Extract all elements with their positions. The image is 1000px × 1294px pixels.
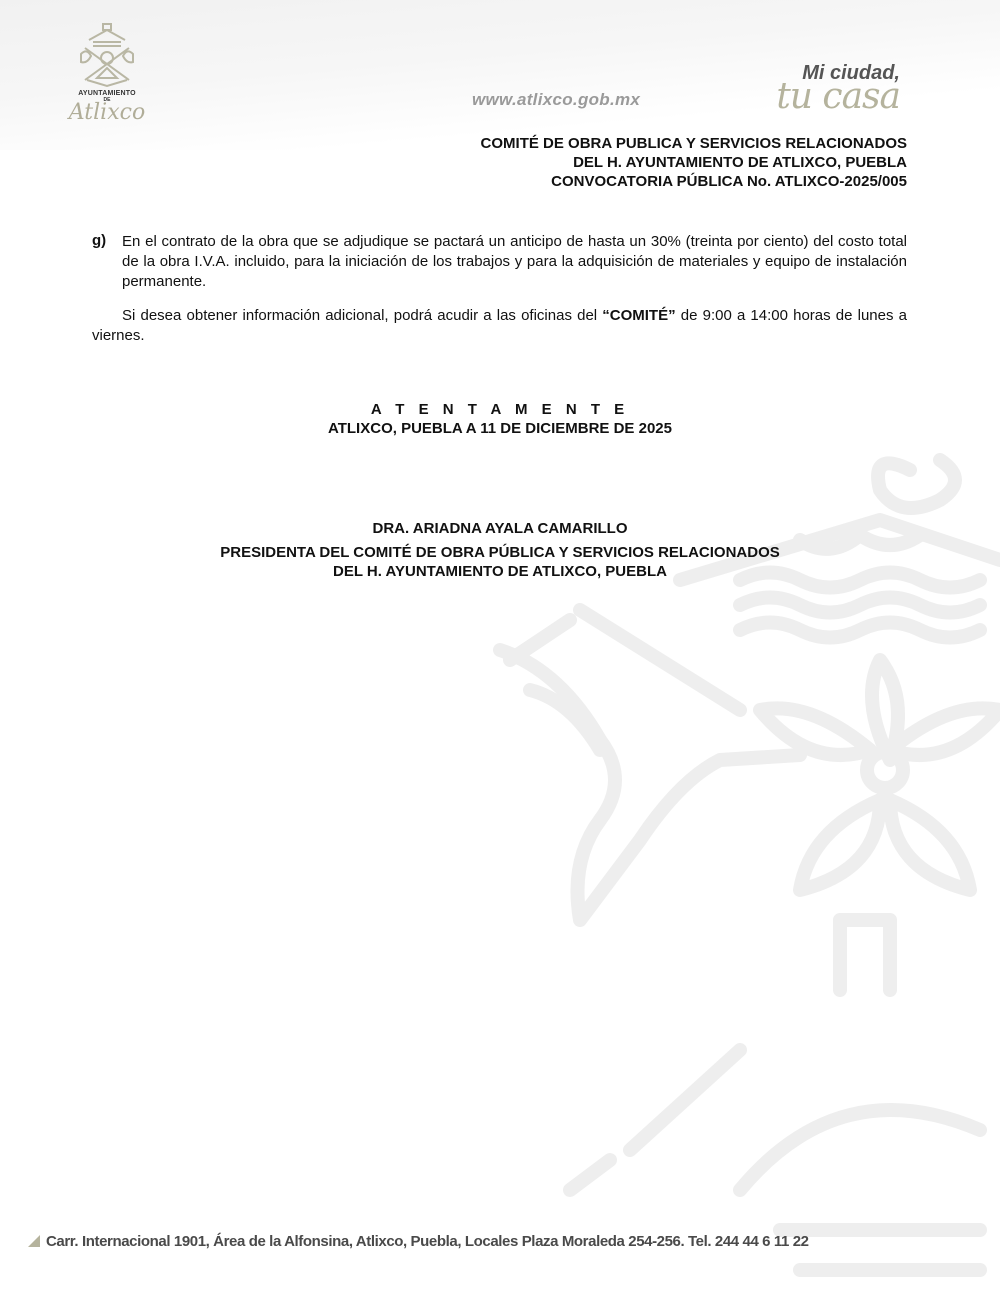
- heading-line-3: CONVOCATORIA PÚBLICA No. ATLIXCO-2025/00…: [481, 172, 907, 191]
- signer-name: DRA. ARIADNA AYALA CAMARILLO: [0, 519, 1000, 539]
- info-emphasis: “COMITÉ”: [602, 307, 675, 324]
- signer-role-line-2: DEL H. AYUNTAMIENTO DE ATLIXCO, PUEBLA: [0, 562, 1000, 582]
- logo-line1: AYUNTAMIENTO: [62, 90, 152, 97]
- triangle-icon: [28, 1235, 40, 1247]
- closing: A T E N T A M E N T E: [0, 400, 1000, 420]
- logo-name: Atlixco: [62, 103, 152, 123]
- signer-role-line-1: PRESIDENTA DEL COMITÉ DE OBRA PÚBLICA Y …: [0, 543, 1000, 563]
- slogan-line2: tu casa: [755, 82, 900, 112]
- municipal-logo: AYUNTAMIENTO DE Atlixco: [62, 18, 152, 138]
- heading-line-1: COMITÉ DE OBRA PUBLICA Y SERVICIOS RELAC…: [481, 134, 907, 153]
- item-g-text: En el contrato de la obra que se adjudiq…: [122, 232, 907, 292]
- item-g-label: g): [92, 232, 106, 249]
- info-paragraph: Si desea obtener información adicional, …: [92, 306, 907, 346]
- document-heading: COMITÉ DE OBRA PUBLICA Y SERVICIOS RELAC…: [481, 134, 907, 191]
- coat-of-arms-icon: [75, 18, 139, 88]
- place-date: ATLIXCO, PUEBLA A 11 DE DICIEMBRE DE 202…: [0, 419, 1000, 439]
- footer-address: Carr. Internacional 1901, Área de la Alf…: [28, 1233, 809, 1250]
- info-text-before: Si desea obtener información adicional, …: [122, 307, 602, 324]
- footer-address-text: Carr. Internacional 1901, Área de la Alf…: [46, 1233, 809, 1250]
- slogan: Mi ciudad, tu casa: [755, 62, 900, 112]
- heading-line-2: DEL H. AYUNTAMIENTO DE ATLIXCO, PUEBLA: [481, 153, 907, 172]
- website-url: www.atlixco.gob.mx: [472, 90, 640, 110]
